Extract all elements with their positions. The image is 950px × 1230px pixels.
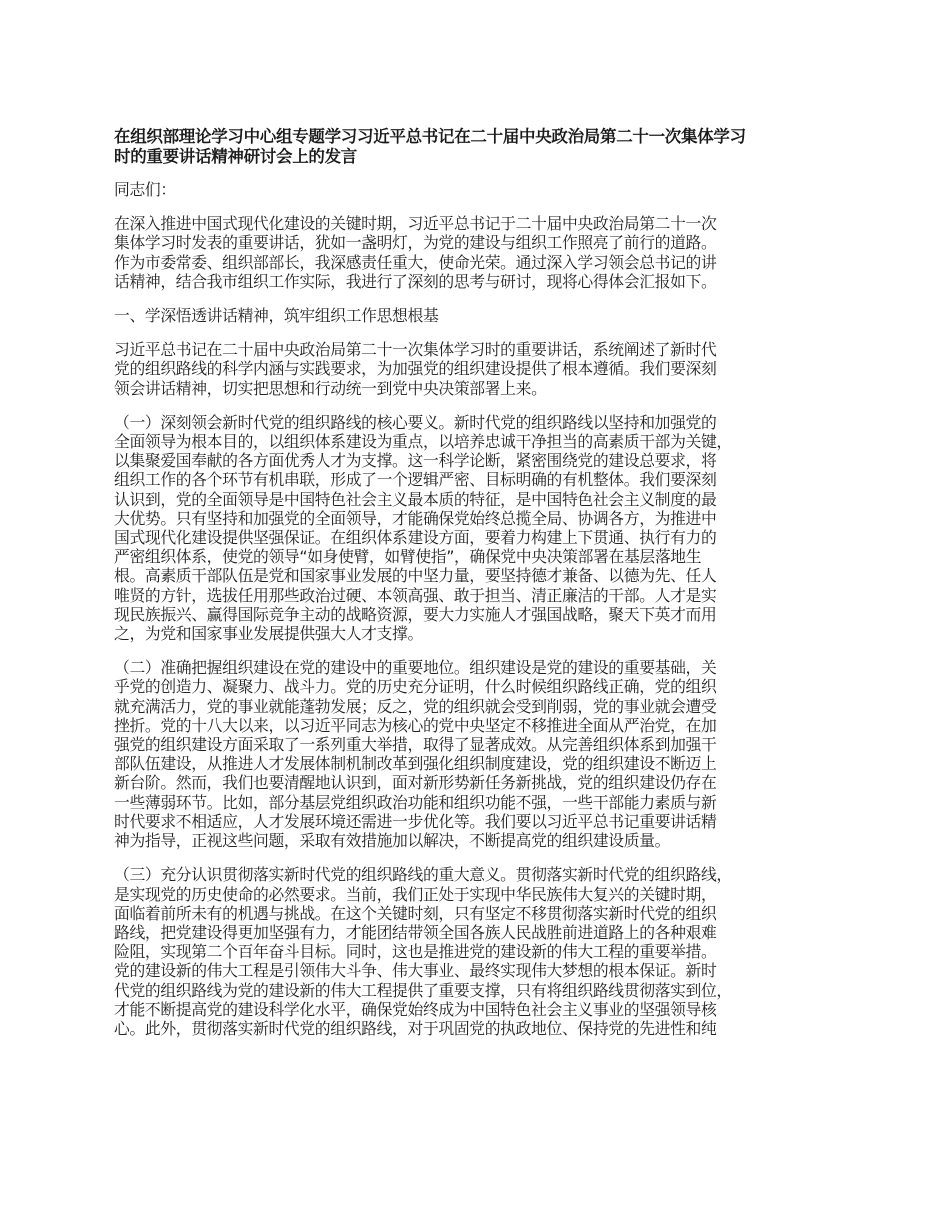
text-line: 作为市委常委、组织部部长，我深感责任重大，使命光荣。通过深入学习领会总书记的讲 [114,253,854,272]
text-line: 时代要求不相适应，人才发展环境还需进一步优化等。我们要以习近平总书记重要讲话精 [114,812,854,831]
text-line: 现民族振兴、赢得国际竞争主动的战略资源，要大力实施人才强国战略，聚天下英才而用 [114,605,854,624]
text-line: 就充满活力，党的事业就能蓬勃发展；反之，党的组织就会受到削弱，党的事业就会遭受 [114,697,854,716]
text-line: 挫折。党的十八大以来，以习近平同志为核心的党中央坚定不移推进全面从严治党，在加 [114,716,854,735]
text-line: （三）充分认识贯彻落实新时代党的组织路线的重大意义。贯彻落实新时代党的组织路线， [114,865,854,884]
salutation: 同志们： [114,180,854,199]
text-line: 部队伍建设，从推进人才发展体制机制改革到强化组织制度建设，党的组织建设不断迈上 [114,754,854,773]
text-line: 党的组织路线的科学内涵与实践要求，为加强党的组织建设提供了根本遵循。我们要深刻 [114,359,854,378]
text-line: 心。此外，贯彻落实新时代党的组织路线，对于巩固党的执政地位、保持党的先进性和纯 [114,1019,854,1038]
text-line: 认识到，党的全面领导是中国特色社会主义最本质的特征，是中国特色社会主义制度的最 [114,490,854,509]
text-line: 话精神，结合我市组织工作实际，我进行了深刻的思考与研讨，现将心得体会汇报如下。 [114,272,854,291]
document-page: 在组织部理论学习中心组专题学习习近平总书记在二十届中央政治局第二十一次集体学习时… [114,127,854,1053]
text-line: 国式现代化建设提供坚强保证。在组织体系建设方面，要着力构建上下贯通、执行有力的 [114,528,854,547]
point-2-paragraph: （二）准确把握组织建设在党的建设中的重要地位。组织建设是党的建设的重要基础，关乎… [114,658,854,850]
text-line: 根。高素质干部队伍是党和国家事业发展的中坚力量，要坚持德才兼备、以德为先、任人 [114,566,854,585]
text-line: 全面领导为根本目的，以组织体系建设为重点，以培养忠诚干净担当的高素质干部为关键， [114,432,854,451]
section-1-heading: 一、学深悟透讲话精神，筑牢组织工作思想根基 [114,306,854,325]
text-line: 代党的组织路线为党的建设新的伟大工程提供了重要支撑，只有将组织路线贯彻落实到位， [114,981,854,1000]
text-line: 严密组织体系，使党的领导“如身使臂，如臂使指”，确保党中央决策部署在基层落地生 [114,547,854,566]
text-line: 唯贤的方针，选拔任用那些政治过硬、本领高强、敢于担当、清正廉洁的干部。人才是实 [114,586,854,605]
text-line: 领会讲话精神，切实把思想和行动统一到党中央决策部署上来。 [114,379,854,398]
text-line: 是实现党的历史使命的必然要求。当前，我们正处于实现中华民族伟大复兴的关键时期， [114,885,854,904]
text-line: 才能不断提高党的建设科学化水平，确保党始终成为中国特色社会主义事业的坚强领导核 [114,1000,854,1019]
text-line: 时的重要讲话精神研讨会上的发言 [114,147,854,167]
section-1-intro-paragraph: 习近平总书记在二十届中央政治局第二十一次集体学习时的重要讲话，系统阐述了新时代党… [114,340,854,398]
text-line: 习近平总书记在二十届中央政治局第二十一次集体学习时的重要讲话，系统阐述了新时代 [114,340,854,359]
text-line: 大优势。只有坚持和加强党的全面领导，才能确保党始终总揽全局、协调各方，为推进中 [114,509,854,528]
text-line: 党的建设新的伟大工程是引领伟大斗争、伟大事业、最终实现伟大梦想的根本保证。新时 [114,961,854,980]
text-line: 险阻，实现第二个百年奋斗目标。同时，这也是推进党的建设新的伟大工程的重要举措。 [114,942,854,961]
text-line: （二）准确把握组织建设在党的建设中的重要地位。组织建设是党的建设的重要基础，关 [114,658,854,677]
text-line: 在组织部理论学习中心组专题学习习近平总书记在二十届中央政治局第二十一次集体学习 [114,127,854,147]
text-line: 强党的组织建设方面采取了一系列重大举措，取得了显著成效。从完善组织体系到加强干 [114,735,854,754]
text-line: 路线，把党建设得更加坚强有力，才能团结带领全国各族人民战胜前进道路上的各种艰难 [114,923,854,942]
text-line: 面临着前所未有的机遇与挑战。在这个关键时刻，只有坚定不移贯彻落实新时代党的组织 [114,904,854,923]
point-3-paragraph: （三）充分认识贯彻落实新时代党的组织路线的重大意义。贯彻落实新时代党的组织路线，… [114,865,854,1038]
text-line: 新台阶。然而，我们也要清醒地认识到，面对新形势新任务新挑战，党的组织建设仍存在 [114,773,854,792]
text-line: 组织工作的各个环节有机串联，形成了一个逻辑严密、目标明确的有机整体。我们要深刻 [114,470,854,489]
text-line: 以集聚爱国奉献的各方面优秀人才为支撑。这一科学论断，紧密围绕党的建设总要求，将 [114,451,854,470]
text-line: 乎党的创造力、凝聚力、战斗力。党的历史充分证明，什么时候组织路线正确，党的组织 [114,677,854,696]
text-line: （一）深刻领会新时代党的组织路线的核心要义。新时代党的组织路线以坚持和加强党的 [114,413,854,432]
text-line: 集体学习时发表的重要讲话，犹如一盏明灯，为党的建设与组织工作照亮了前行的道路。 [114,233,854,252]
document-title: 在组织部理论学习中心组专题学习习近平总书记在二十届中央政治局第二十一次集体学习时… [114,127,854,167]
text-line: 一些薄弱环节。比如，部分基层党组织政治功能和组织功能不强，一些干部能力素质与新 [114,793,854,812]
intro-paragraph: 在深入推进中国式现代化建设的关键时期，习近平总书记于二十届中央政治局第二十一次集… [114,214,854,291]
point-1-paragraph: （一）深刻领会新时代党的组织路线的核心要义。新时代党的组织路线以坚持和加强党的全… [114,413,854,643]
text-line: 在深入推进中国式现代化建设的关键时期，习近平总书记于二十届中央政治局第二十一次 [114,214,854,233]
text-line: 之，为党和国家事业发展提供强大人才支撑。 [114,624,854,643]
text-line: 神为指导，正视这些问题，采取有效措施加以解决，不断提高党的组织建设质量。 [114,831,854,850]
